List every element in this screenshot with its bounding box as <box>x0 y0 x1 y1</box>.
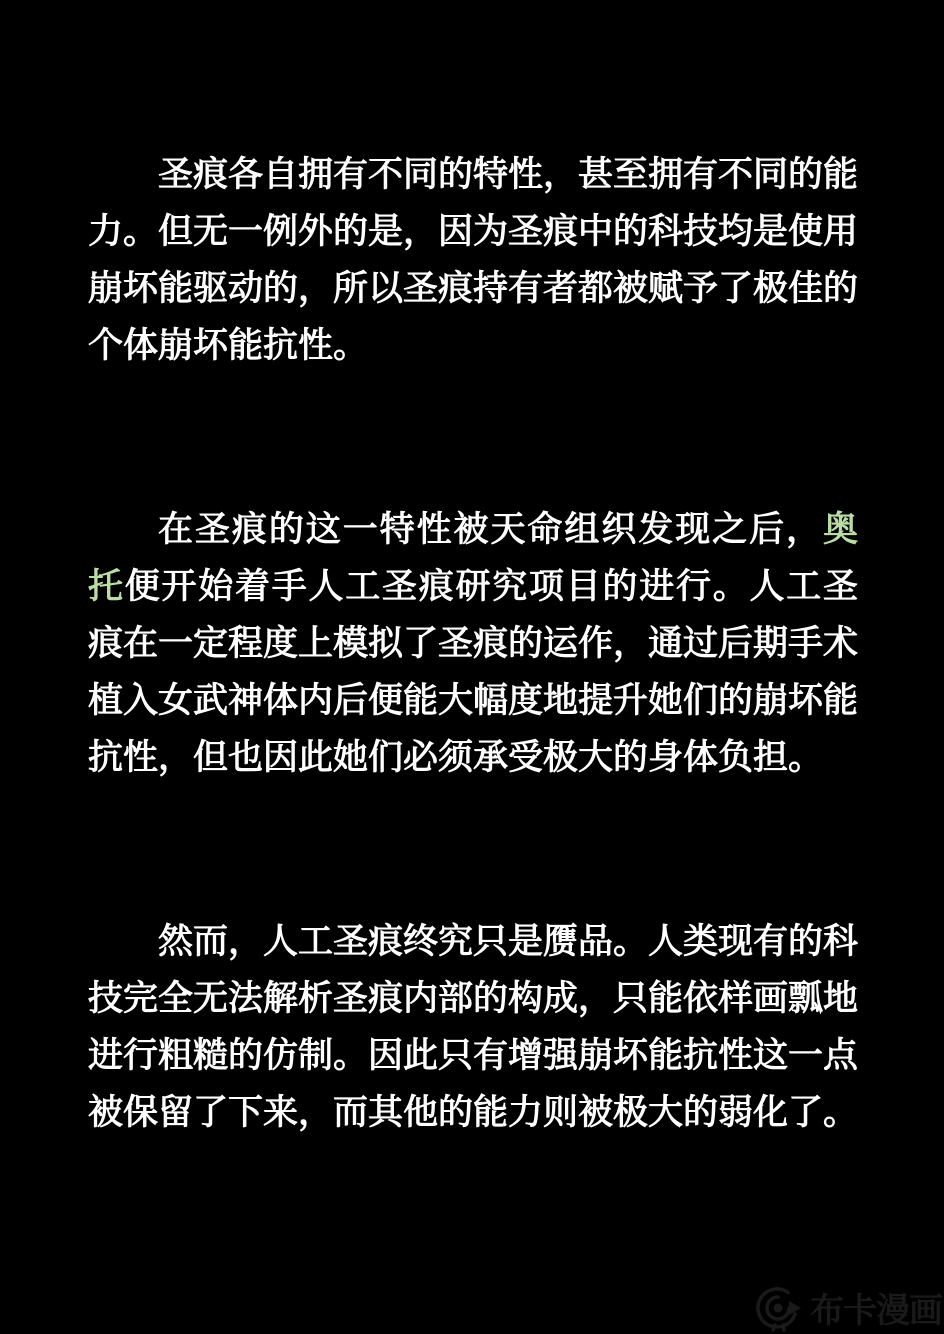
spiral-bird-logo-icon <box>754 1284 802 1332</box>
manga-text-page: 圣痕各自拥有不同的特性，甚至拥有不同的能力。但无一例外的是，因为圣痕中的科技均是… <box>0 0 944 1334</box>
paragraph-stigmata-traits: 圣痕各自拥有不同的特性，甚至拥有不同的能力。但无一例外的是，因为圣痕中的科技均是… <box>88 146 858 374</box>
paragraph-text: 在圣痕的这一特性被天命组织发现之后， <box>158 510 823 549</box>
watermark: 布卡漫画 <box>754 1283 942 1332</box>
paragraph-text: 然而，人工圣痕终究只是赝品。人类现有的科技完全无法解析圣痕内部的构成，只能依样画… <box>88 922 858 1132</box>
paragraph-text: 便开始着手人工圣痕研究项目的进行。人工圣痕在一定程度上模拟了圣痕的运作，通过后期… <box>88 567 858 777</box>
watermark-text: 布卡漫画 <box>810 1283 942 1332</box>
paragraph-text: 圣痕各自拥有不同的特性，甚至拥有不同的能力。但无一例外的是，因为圣痕中的科技均是… <box>88 155 858 365</box>
paragraph-artificial-stigmata: 在圣痕的这一特性被天命组织发现之后，奥托便开始着手人工圣痕研究项目的进行。人工圣… <box>88 501 858 786</box>
lore-text-block: 圣痕各自拥有不同的特性，甚至拥有不同的能力。但无一例外的是，因为圣痕中的科技均是… <box>88 146 858 1141</box>
paragraph-imitation-limits: 然而，人工圣痕终究只是赝品。人类现有的科技完全无法解析圣痕内部的构成，只能依样画… <box>88 913 858 1141</box>
